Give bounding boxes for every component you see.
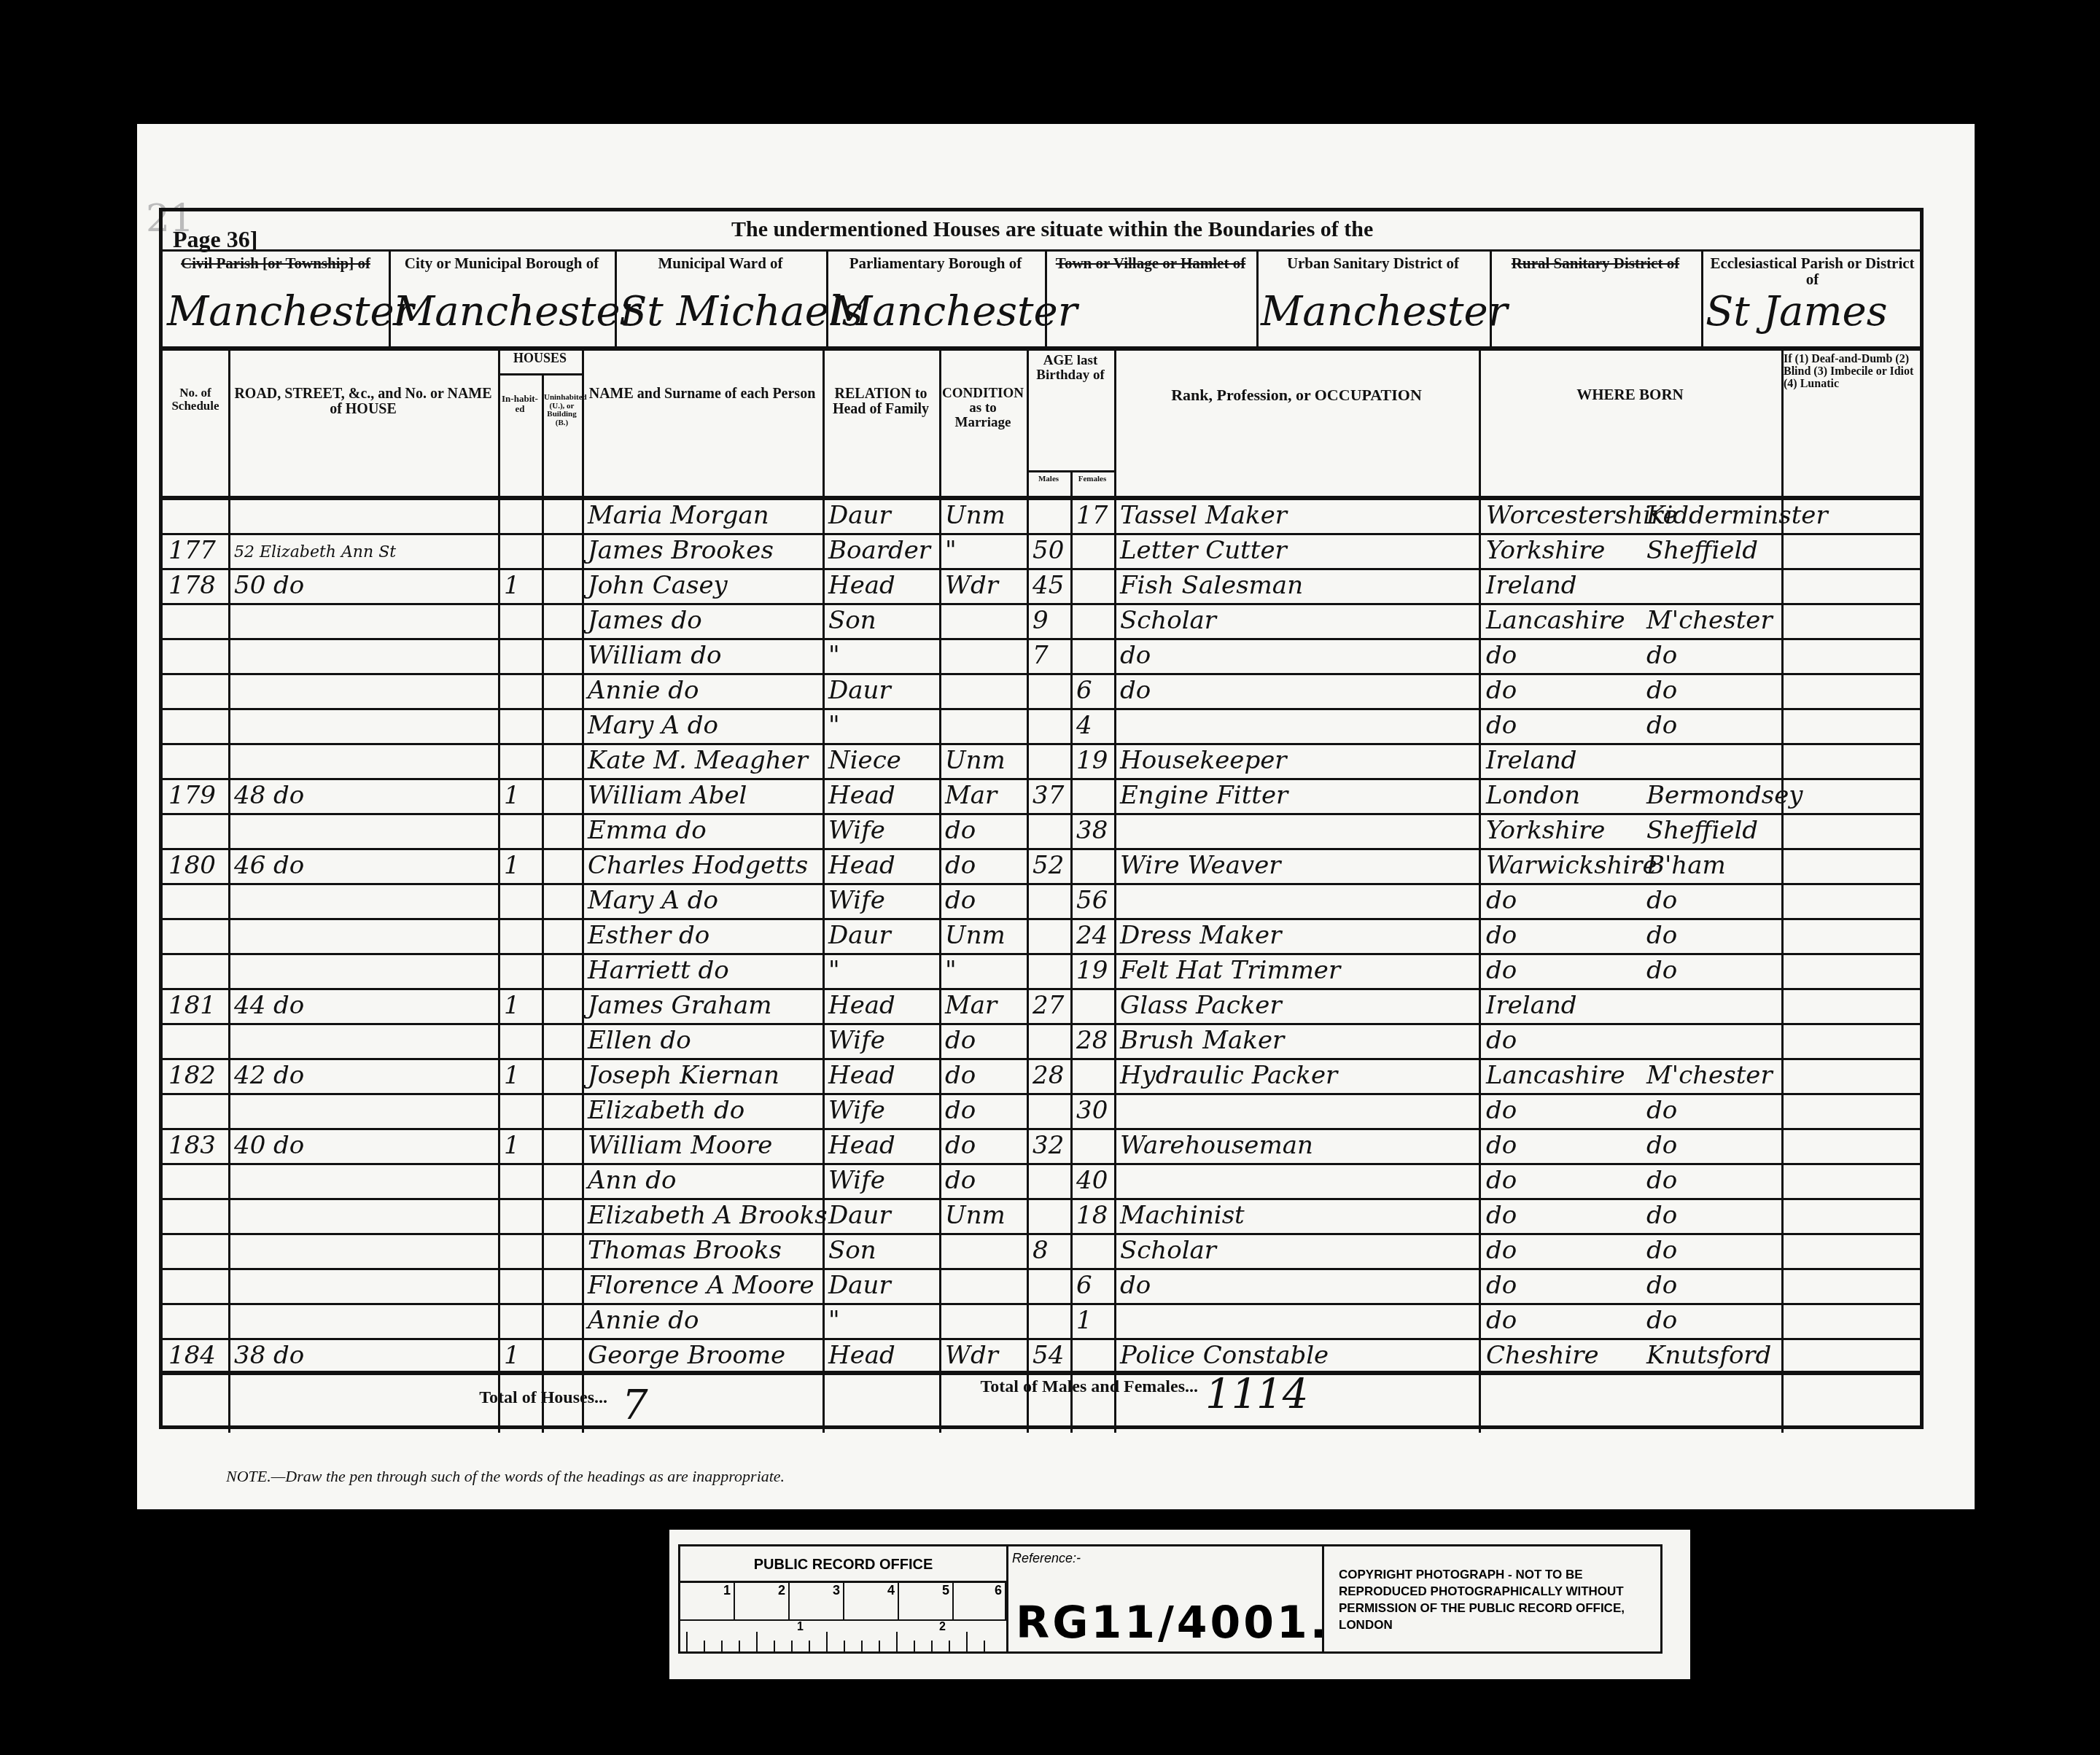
cell-born-county: do — [1486, 1201, 1517, 1230]
cell-condition: Mar — [945, 781, 997, 810]
column-header-where-born: WHERE BORN — [1481, 386, 1779, 402]
cell-born-place: do — [1646, 1201, 1677, 1230]
cell-male: 27 — [1032, 991, 1064, 1020]
cell-female: 17 — [1076, 501, 1108, 530]
cell-born-county: do — [1486, 956, 1517, 985]
reference-value: RG11/4001. — [1016, 1598, 1330, 1649]
total-houses-value: 7 — [622, 1382, 648, 1429]
cell-schedule: 184 — [168, 1341, 216, 1370]
cell-inhabited: 1 — [504, 1131, 520, 1160]
cell-female: 38 — [1076, 816, 1108, 845]
table-row: Kate M. MeagherNieceUnm19HousekeeperIrel… — [163, 744, 1920, 779]
cell-name: Ellen do — [588, 1026, 691, 1055]
cell-schedule: 180 — [168, 851, 216, 880]
cell-born-county: do — [1486, 641, 1517, 670]
cell-occupation: Wire Weaver — [1120, 851, 1281, 880]
cell-relation: Head — [828, 1061, 895, 1090]
district-heading-0: Civil Parish [or Township] of — [167, 255, 384, 271]
cell-name: Emma do — [588, 816, 707, 845]
form-title: The undermentioned Houses are situate wi… — [731, 217, 1373, 242]
cell-condition: Mar — [945, 991, 997, 1020]
cell-address: 50 do — [234, 571, 304, 600]
cell-born-place: do — [1646, 711, 1677, 740]
cell-name: Elizabeth A Brooks — [588, 1201, 828, 1230]
cell-relation: " — [828, 1306, 840, 1335]
district-value-0: Manchester — [167, 288, 414, 335]
cell-born-place: do — [1646, 886, 1677, 915]
cell-male: 54 — [1032, 1341, 1064, 1370]
cell-female: 30 — [1076, 1096, 1108, 1125]
total-females-value: 14 — [1256, 1371, 1308, 1418]
cell-address: 44 do — [234, 991, 304, 1020]
cell-relation: Son — [828, 606, 876, 635]
cell-female: 24 — [1076, 921, 1108, 950]
cell-born-county: Lancashire — [1486, 606, 1625, 635]
cell-occupation: Hydraulic Packer — [1120, 1061, 1337, 1090]
cell-condition: Unm — [945, 921, 1006, 950]
cell-relation: Wife — [828, 886, 885, 915]
cell-condition: Unm — [945, 501, 1006, 530]
column-header-address: ROAD, STREET, &c., and No. or NAME of HO… — [230, 386, 496, 417]
cell-born-county: Yorkshire — [1486, 816, 1605, 845]
table-row: 18438 do1George BroomeHeadWdr54Police Co… — [163, 1339, 1920, 1374]
cell-schedule: 177 — [168, 536, 216, 565]
cell-name: Charles Hodgetts — [588, 851, 808, 880]
cell-name: William do — [588, 641, 721, 670]
cell-born-place: M'chester — [1646, 606, 1773, 635]
cell-name: Harriett do — [588, 956, 729, 985]
table-row: Esther doDaurUnm24Dress Makerdodo — [163, 919, 1920, 954]
cell-born-county: do — [1486, 1271, 1517, 1300]
cell-female: 18 — [1076, 1201, 1108, 1230]
column-header-inhabited: In-habit-ed — [500, 394, 540, 413]
measurement-ruler: 1 2 3 4 5 6 1 2 — [680, 1583, 1008, 1654]
cell-born-place: do — [1646, 1166, 1677, 1195]
cell-name: Annie do — [588, 676, 699, 705]
cell-born-county: do — [1486, 1236, 1517, 1265]
table-row: Annie doDaur6dododo — [163, 674, 1920, 709]
cell-born-place: do — [1646, 1096, 1677, 1125]
cell-born-place: Bermondsey — [1646, 781, 1803, 810]
cell-relation: Wife — [828, 816, 885, 845]
cell-condition: do — [945, 1131, 976, 1160]
cell-condition: do — [945, 1026, 976, 1055]
cell-relation: Head — [828, 781, 895, 810]
total-persons-label: Total of Males and Females... — [761, 1378, 1198, 1396]
cell-female: 28 — [1076, 1026, 1108, 1055]
cell-born-county: Lancashire — [1486, 1061, 1625, 1090]
cell-male: 28 — [1032, 1061, 1064, 1090]
table-row: Florence A MooreDaur6dododo — [163, 1269, 1920, 1304]
cell-schedule: 183 — [168, 1131, 216, 1160]
table-row: Ellen doWifedo28Brush Makerdo — [163, 1024, 1920, 1059]
district-heading-4: Town or Village or Hamlet of — [1049, 255, 1252, 271]
table-row: Mary A doWifedo56dodo — [163, 884, 1920, 919]
cell-name: Elizabeth do — [588, 1096, 744, 1125]
cell-name: George Broome — [588, 1341, 785, 1370]
cell-relation: Niece — [828, 746, 901, 775]
district-value-3: Manchester — [831, 288, 1078, 335]
cell-born-county: Ireland — [1486, 746, 1577, 775]
cell-female: 19 — [1076, 746, 1108, 775]
cell-schedule: 179 — [168, 781, 216, 810]
cell-male: 50 — [1032, 536, 1064, 565]
cell-male: 45 — [1032, 571, 1064, 600]
cell-address: 52 Elizabeth Ann St — [234, 543, 396, 561]
cell-address: 40 do — [234, 1131, 304, 1160]
cell-relation: " — [828, 641, 840, 670]
district-heading-6: Rural Sanitary District of — [1494, 255, 1697, 271]
cell-name: James Brookes — [588, 536, 774, 565]
column-header-schedule: No. of Schedule — [165, 386, 226, 413]
table-row: 17850 do1John CaseyHeadWdr45Fish Salesma… — [163, 569, 1920, 604]
cell-condition: do — [945, 1096, 976, 1125]
form-note: NOTE.—Draw the pen through such of the w… — [226, 1467, 785, 1486]
cell-relation: Daur — [828, 1201, 891, 1230]
cell-born-place: B'ham — [1646, 851, 1726, 880]
cell-condition: do — [945, 886, 976, 915]
cell-occupation: Housekeeper — [1120, 746, 1287, 775]
cell-male: 8 — [1032, 1236, 1049, 1265]
table-row: William do"7dododo — [163, 639, 1920, 674]
district-value-7: St James — [1706, 288, 1887, 335]
cell-name: James do — [588, 606, 702, 635]
cell-condition: do — [945, 816, 976, 845]
cell-occupation: Police Constable — [1120, 1341, 1329, 1370]
cell-schedule: 182 — [168, 1061, 216, 1090]
cell-name: William Abel — [588, 781, 747, 810]
cell-born-county: do — [1486, 886, 1517, 915]
district-value-5: Manchester — [1261, 288, 1508, 335]
cell-born-place: M'chester — [1646, 1061, 1773, 1090]
record-office-name: PUBLIC RECORD OFFICE — [680, 1546, 1008, 1583]
cell-born-place: Sheffield — [1646, 816, 1758, 845]
district-heading-2: Municipal Ward of — [619, 255, 822, 271]
cell-born-place: do — [1646, 921, 1677, 950]
cell-occupation: do — [1120, 641, 1151, 670]
cell-name: Joseph Kiernan — [588, 1061, 779, 1090]
table-row: Maria MorganDaurUnm17Tassel MakerWorcest… — [163, 499, 1920, 534]
total-houses-label: Total of Houses... — [308, 1389, 607, 1407]
cell-address: 48 do — [234, 781, 304, 810]
cell-occupation: Tassel Maker — [1120, 501, 1287, 530]
cell-inhabited: 1 — [504, 1061, 520, 1090]
column-header-relation: RELATION to Head of Family — [825, 386, 937, 417]
cell-relation: " — [828, 956, 840, 985]
cell-relation: Wife — [828, 1096, 885, 1125]
cell-name: James Graham — [588, 991, 772, 1020]
cell-male: 9 — [1032, 606, 1049, 635]
cell-inhabited: 1 — [504, 571, 520, 600]
cell-name: Ann do — [588, 1166, 676, 1195]
cell-name: Annie do — [588, 1306, 699, 1335]
cell-born-county: Ireland — [1486, 571, 1577, 600]
table-row: 17948 do1William AbelHeadMar37Engine Fit… — [163, 779, 1920, 814]
cell-female: 4 — [1076, 711, 1092, 740]
table-row: Emma doWifedo38YorkshireSheffield — [163, 814, 1920, 849]
district-value-1: Manchester — [393, 288, 640, 335]
cell-relation: Daur — [828, 921, 891, 950]
cell-occupation: Felt Hat Trimmer — [1120, 956, 1340, 985]
cell-relation: Head — [828, 1131, 895, 1160]
table-row: Mary A do"4dodo — [163, 709, 1920, 744]
cell-inhabited: 1 — [504, 781, 520, 810]
cell-born-place: do — [1646, 956, 1677, 985]
cell-relation: " — [828, 711, 840, 740]
cell-born-county: do — [1486, 676, 1517, 705]
cell-relation: Head — [828, 571, 895, 600]
cell-male: 32 — [1032, 1131, 1064, 1160]
column-header-males: Males — [1027, 475, 1070, 484]
column-header-uninhabited: Uninhabited (U.), or Building (B.) — [544, 394, 580, 427]
table-row: 18144 do1James GrahamHeadMar27Glass Pack… — [163, 989, 1920, 1024]
cell-occupation: Scholar — [1120, 1236, 1216, 1265]
cell-born-place: do — [1646, 1306, 1677, 1335]
cell-name: Florence A Moore — [588, 1271, 814, 1300]
cell-born-place: Knutsford — [1646, 1341, 1771, 1370]
cell-female: 6 — [1076, 676, 1092, 705]
cell-relation: Wife — [828, 1166, 885, 1195]
column-header-condition: CONDITION as to Marriage — [941, 386, 1024, 430]
cell-schedule: 181 — [168, 991, 216, 1020]
census-form: Page 36] The undermentioned Houses are s… — [159, 208, 1924, 1429]
cell-name: Mary A do — [588, 886, 718, 915]
cell-born-county: Ireland — [1486, 991, 1577, 1020]
cell-condition: do — [945, 1061, 976, 1090]
cell-born-county: do — [1486, 1026, 1517, 1055]
cell-female: 19 — [1076, 956, 1108, 985]
cell-occupation: Letter Cutter — [1120, 536, 1287, 565]
cell-address: 42 do — [234, 1061, 304, 1090]
cell-born-county: do — [1486, 711, 1517, 740]
cell-relation: Boarder — [828, 536, 930, 565]
cell-male: 7 — [1032, 641, 1049, 670]
cell-name: Thomas Brooks — [588, 1236, 782, 1265]
cell-occupation: do — [1120, 1271, 1151, 1300]
cell-born-county: London — [1486, 781, 1580, 810]
reference-label: Reference:- — [1012, 1551, 1081, 1566]
district-heading-1: City or Municipal Borough of — [393, 255, 610, 271]
cell-born-place: do — [1646, 1236, 1677, 1265]
cell-born-county: Cheshire — [1486, 1341, 1599, 1370]
table-row: 18340 do1William MooreHeaddo32Warehousem… — [163, 1129, 1920, 1164]
cell-relation: Son — [828, 1236, 876, 1265]
cell-relation: Daur — [828, 1271, 891, 1300]
cell-relation: Daur — [828, 501, 891, 530]
cell-name: William Moore — [588, 1131, 772, 1160]
cell-born-place: do — [1646, 1271, 1677, 1300]
table-row: 17752 Elizabeth Ann StJames BrookesBoard… — [163, 534, 1920, 569]
cell-occupation: Glass Packer — [1120, 991, 1282, 1020]
cell-occupation: Warehouseman — [1120, 1131, 1313, 1160]
copyright-notice: COPYRIGHT PHOTOGRAPH - NOT TO BE REPRODU… — [1322, 1546, 1662, 1651]
cell-occupation: Engine Fitter — [1120, 781, 1288, 810]
cell-relation: Head — [828, 1341, 895, 1370]
cell-female: 1 — [1076, 1306, 1092, 1335]
table-row: 18242 do1Joseph KiernanHeaddo28Hydraulic… — [163, 1059, 1920, 1094]
cell-relation: Wife — [828, 1026, 885, 1055]
table-row: Elizabeth A BrooksDaurUnm18Machinistdodo — [163, 1199, 1920, 1234]
cell-condition: Unm — [945, 1201, 1006, 1230]
cell-condition: " — [945, 956, 957, 985]
column-header-age: AGE last Birthday of — [1027, 354, 1114, 383]
cell-occupation: do — [1120, 676, 1151, 705]
cell-name: Kate M. Meagher — [588, 746, 808, 775]
table-row: Annie do"1dodo — [163, 1304, 1920, 1339]
cell-born-county: do — [1486, 1166, 1517, 1195]
column-header-name: NAME and Surname of each Person — [584, 386, 820, 402]
cell-born-place: Sheffield — [1646, 536, 1758, 565]
cell-born-county: do — [1486, 1306, 1517, 1335]
cell-occupation: Machinist — [1120, 1201, 1245, 1230]
table-row: 18046 do1Charles HodgettsHeaddo52Wire We… — [163, 849, 1920, 884]
cell-born-place: do — [1646, 1131, 1677, 1160]
cell-born-county: do — [1486, 1131, 1517, 1160]
column-header-infirmity: If (1) Deaf-and-Dumb (2) Blind (3) Imbec… — [1784, 354, 1921, 390]
cell-name: John Casey — [588, 571, 728, 600]
table-row: Elizabeth doWifedo30dodo — [163, 1094, 1920, 1129]
cell-female: 40 — [1076, 1166, 1108, 1195]
cell-address: 38 do — [234, 1341, 304, 1370]
cell-occupation: Brush Maker — [1120, 1026, 1284, 1055]
cell-inhabited: 1 — [504, 851, 520, 880]
cell-born-county: Yorkshire — [1486, 536, 1605, 565]
cell-born-place: Kidderminster — [1646, 501, 1828, 530]
column-header-houses: HOUSES — [498, 351, 582, 365]
cell-relation: Daur — [828, 676, 891, 705]
cell-condition: do — [945, 851, 976, 880]
column-header-females: Females — [1070, 475, 1114, 484]
cell-occupation: Dress Maker — [1120, 921, 1281, 950]
cell-relation: Head — [828, 851, 895, 880]
district-heading-5: Urban Sanitary District of — [1261, 255, 1485, 271]
cell-inhabited: 1 — [504, 1341, 520, 1370]
cell-condition: Wdr — [945, 571, 998, 600]
cell-born-place: do — [1646, 676, 1677, 705]
district-heading-7: Ecclesiastical Parish or District of — [1706, 255, 1919, 287]
cell-condition: Unm — [945, 746, 1006, 775]
table-row: Harriett do""19Felt Hat Trimmerdodo — [163, 954, 1920, 989]
cell-born-county: do — [1486, 921, 1517, 950]
cell-born-county: Warwickshire — [1486, 851, 1657, 880]
cell-male: 37 — [1032, 781, 1064, 810]
cell-female: 56 — [1076, 886, 1108, 915]
column-header-occupation: Rank, Profession, or OCCUPATION — [1116, 386, 1477, 403]
cell-address: 46 do — [234, 851, 304, 880]
table-row: Thomas BrooksSon8Scholardodo — [163, 1234, 1920, 1269]
cell-male: 52 — [1032, 851, 1064, 880]
cell-condition: " — [945, 536, 957, 565]
cell-name: Mary A do — [588, 711, 718, 740]
cell-name: Maria Morgan — [588, 501, 769, 530]
cell-condition: do — [945, 1166, 976, 1195]
district-heading-3: Parliamentary Borough of — [831, 255, 1041, 271]
total-males-value: 11 — [1205, 1371, 1257, 1418]
cell-occupation: Scholar — [1120, 606, 1216, 635]
cell-born-place: do — [1646, 641, 1677, 670]
cell-occupation: Fish Salesman — [1120, 571, 1303, 600]
cell-female: 6 — [1076, 1271, 1092, 1300]
cell-name: Esther do — [588, 921, 709, 950]
cell-schedule: 178 — [168, 571, 216, 600]
cell-relation: Head — [828, 991, 895, 1020]
cell-inhabited: 1 — [504, 991, 520, 1020]
cell-condition: Wdr — [945, 1341, 998, 1370]
cell-born-county: do — [1486, 1096, 1517, 1125]
table-row: Ann doWifedo40dodo — [163, 1164, 1920, 1199]
table-row: James doSon9ScholarLancashireM'chester — [163, 604, 1920, 639]
record-office-label: PUBLIC RECORD OFFICE 1 2 3 4 5 6 1 2 Ref… — [669, 1530, 1690, 1679]
